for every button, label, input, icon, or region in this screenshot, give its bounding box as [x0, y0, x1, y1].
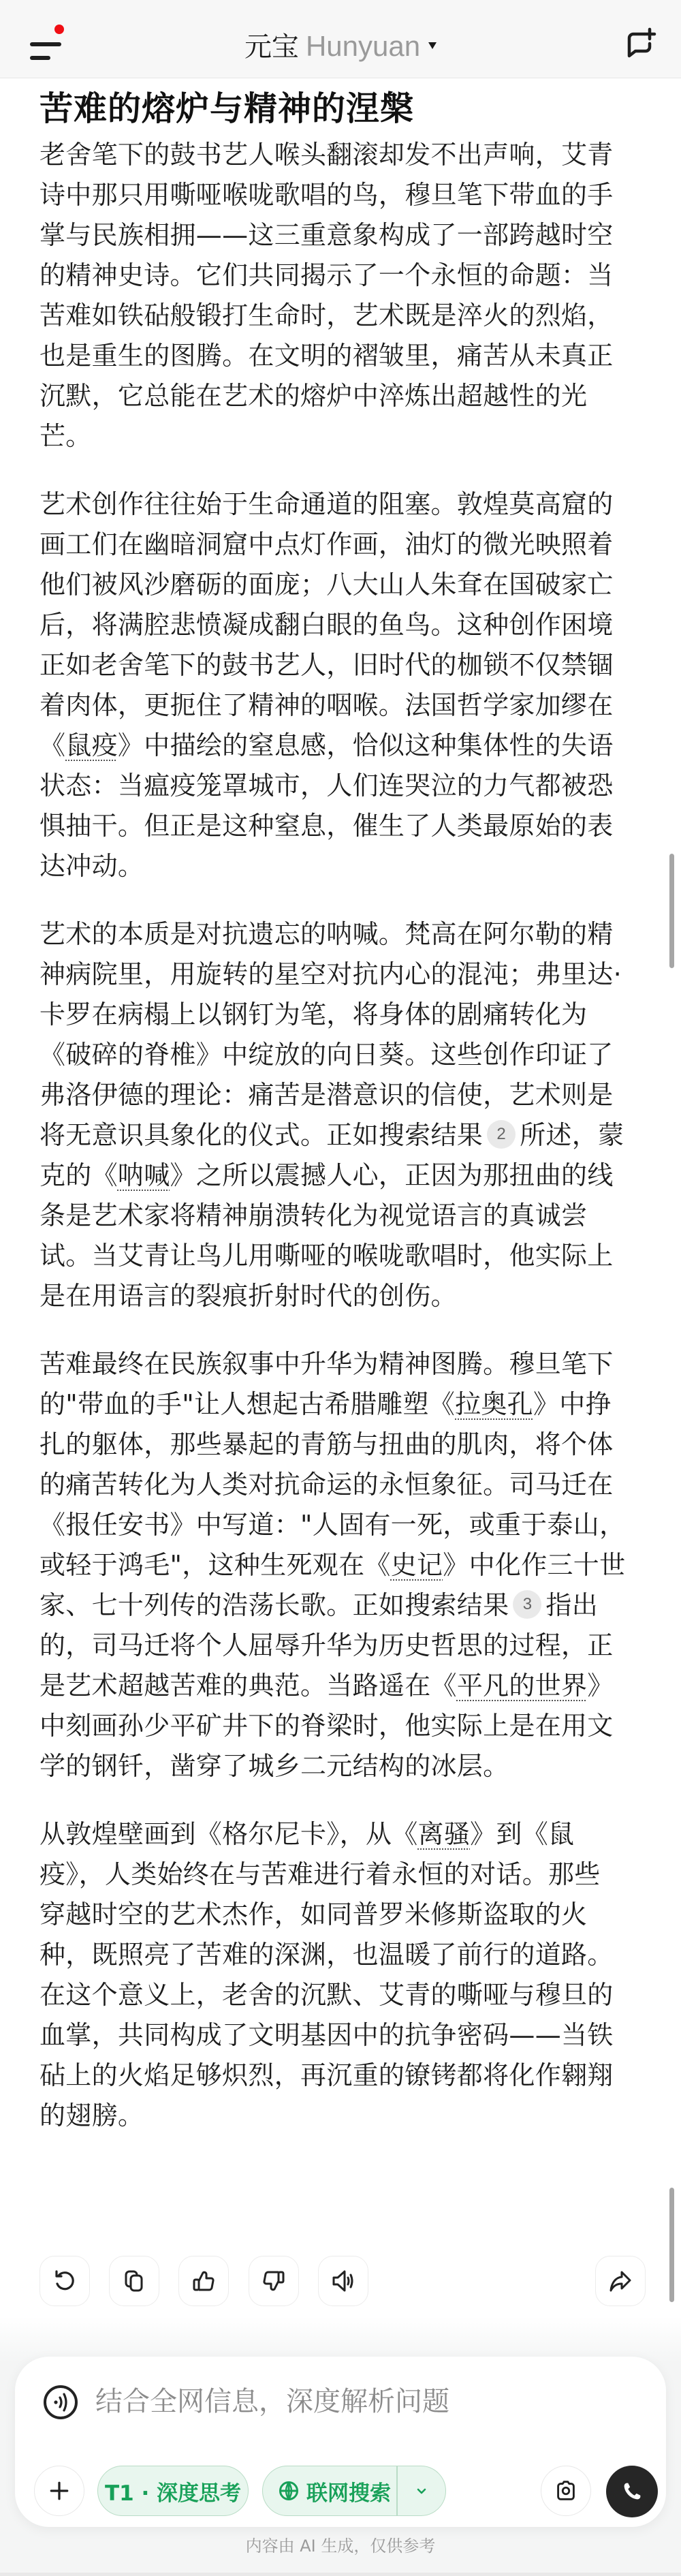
text-segment: 或轻于鸿毛"，这种生死观在《	[39, 1550, 391, 1580]
text-line: 艺术的本质是对抗遗忘的呐喊。梵高在阿尔勒的精	[39, 914, 646, 955]
text-segment: 《破碎的脊椎》中绽放的向日葵。这些创作印证了	[39, 1040, 614, 1070]
text-segment: 芒。	[39, 421, 92, 451]
text-segment: 砧上的火焰足够炽烈，再沉重的镣铐都将化作翱翔	[39, 2060, 614, 2090]
text-line: 也是重生的图腾。在文明的褶皱里，痛苦从未真正	[39, 336, 646, 376]
message-actions	[0, 2256, 681, 2308]
text-line: 将无意识具象化的仪式。正如搜索结果2所述，蒙	[39, 1115, 646, 1155]
text-segment: 》中描绘的窒息感，恰似这种集体性的失语	[118, 730, 614, 760]
text-segment: 老舍笔下的鼓书艺人喉头翻滚却发不出声响，艾青	[39, 140, 614, 170]
camera-button[interactable]	[541, 2466, 591, 2516]
text-segment: 学的钢钎，凿穿了城乡二元结构的冰层。	[39, 1751, 509, 1781]
text-segment: 家、七十列传的浩荡长歌。正如搜索结果	[39, 1590, 509, 1620]
copy-icon	[121, 2267, 148, 2295]
copy-button[interactable]	[109, 2256, 159, 2306]
text-segment: 中刻画孙少平矿井下的脊梁时，他实际上是在用文	[39, 1711, 614, 1741]
text-segment: 克的《	[39, 1160, 118, 1190]
text-segment: 的，司马迁将个人屈辱升华为历史哲思的过程，正	[39, 1630, 614, 1660]
new-chat-icon	[624, 27, 659, 63]
text-line: 艺术创作往往始于生命通道的阻塞。敦煌莫高窟的	[39, 484, 646, 525]
text-segment: 弗洛伊德的理论：痛苦是潜意识的信使，艺术则是	[39, 1080, 614, 1110]
text-line: 家、七十列传的浩荡长歌。正如搜索结果3指出	[39, 1585, 646, 1626]
web-search-dropdown[interactable]	[398, 2466, 445, 2515]
share-button[interactable]	[595, 2256, 646, 2306]
web-search-label: 联网搜索	[306, 2476, 391, 2507]
text-line: 掌与民族相拥——这三重意象构成了一部跨越时空	[39, 215, 646, 255]
text-line: 他们被风沙磨砺的面庞；八大山人朱耷在国破家亡	[39, 565, 646, 605]
text-line: 在这个意义上，老舍的沉默、艾青的嘶哑与穆旦的	[39, 1975, 646, 2015]
paragraph: 艺术创作往往始于生命通道的阻塞。敦煌莫高窟的画工们在幽暗洞窟中点灯作画，油灯的微…	[39, 484, 646, 886]
citation-badge[interactable]: 2	[487, 1120, 516, 1149]
message-input[interactable]	[95, 2381, 627, 2422]
text-line: 中刻画孙少平矿井下的脊梁时，他实际上是在用文	[39, 1706, 646, 1746]
text-segment: 正如老舍笔下的鼓书艺人，旧时代的枷锁不仅禁锢	[39, 650, 614, 680]
text-line: 着肉体，更扼住了精神的咽喉。法国哲学家加缪在	[39, 685, 646, 726]
text-line: 克的《呐喊》之所以震撼人心，正因为那扭曲的线	[39, 1155, 646, 1196]
text-line: 的，司马迁将个人屈辱升华为历史哲思的过程，正	[39, 1626, 646, 1666]
text-line: 条是艺术家将精神崩溃转化为视觉语言的真诚尝	[39, 1196, 646, 1236]
work-reference-link[interactable]: 呐喊	[118, 1160, 170, 1190]
text-segment: 条是艺术家将精神崩溃转化为视觉语言的真诚尝	[39, 1200, 587, 1230]
text-line: 芒。	[39, 416, 646, 456]
text-line: 的精神史诗。它们共同揭示了一个永恒的命题：当	[39, 255, 646, 296]
text-line: 学的钢钎，凿穿了城乡二元结构的冰层。	[39, 1746, 646, 1786]
text-line: 是在用语言的裂痕折射时代的创伤。	[39, 1276, 646, 1316]
text-line: 弗洛伊德的理论：痛苦是潜意识的信使，艺术则是	[39, 1075, 646, 1115]
like-button[interactable]	[178, 2256, 229, 2306]
text-segment: 是艺术超越苦难的典范。当路遥在《	[39, 1671, 457, 1701]
text-segment: 的翅膀。	[39, 2100, 144, 2130]
globe-icon	[278, 2480, 300, 2502]
text-segment: 苦难最终在民族叙事中升华为精神图腾。穆旦笔下	[39, 1349, 614, 1379]
text-segment: 疫》，人类始终在与苦难进行着永恒的对话。那些	[39, 1859, 601, 1889]
text-segment: 状态：当瘟疫笼罩城市，人们连哭泣的力气都被恐	[39, 771, 614, 801]
text-segment: 》到《鼠	[470, 1819, 574, 1849]
text-line: 《报任安书》中写道："人固有一死，或重于泰山，	[39, 1505, 646, 1545]
voice-wave-icon	[42, 2384, 79, 2421]
text-segment: 也是重生的图腾。在文明的褶皱里，痛苦从未真正	[39, 341, 614, 371]
paragraph: 苦难最终在民族叙事中升华为精神图腾。穆旦笔下的"带血的手"让人想起古希腊雕塑《拉…	[39, 1344, 646, 1786]
app-name: 元宝	[244, 31, 299, 63]
voice-call-button[interactable]	[606, 2466, 658, 2517]
camera-icon	[553, 2478, 579, 2504]
text-segment: 苦难如铁砧般锻打生命时，艺术既是淬火的烈焰，	[39, 300, 614, 330]
text-segment: 所述，蒙	[520, 1120, 624, 1150]
paragraph: 艺术的本质是对抗遗忘的呐喊。梵高在阿尔勒的精神病院里，用旋转的星空对抗内心的混沌…	[39, 914, 646, 1316]
scrollbar-thumb[interactable]	[669, 854, 674, 968]
dislike-button[interactable]	[249, 2256, 299, 2306]
phone-icon	[619, 2479, 645, 2504]
citation-badge[interactable]: 3	[513, 1590, 541, 1619]
composer: T1 · 深度思考 联网搜索	[15, 2357, 666, 2527]
text-segment: 穿越时空的艺术杰作，如同普罗米修斯盗取的火	[39, 1899, 587, 1929]
regenerate-button[interactable]	[39, 2256, 90, 2306]
text-segment: 《	[39, 730, 65, 760]
thumbs-down-icon	[260, 2267, 287, 2295]
text-line: 《鼠疫》中描绘的窒息感，恰似这种集体性的失语	[39, 726, 646, 766]
text-line: 卡罗在病榻上以钢钉为笔，将身体的剧痛转化为	[39, 995, 646, 1035]
text-segment: 是在用语言的裂痕折射时代的创伤。	[39, 1281, 457, 1311]
text-segment: 他们被风沙磨砺的面庞；八大山人朱耷在国破家亡	[39, 570, 614, 600]
model-name: Hunyuan	[306, 30, 420, 62]
text-segment: 将无意识具象化的仪式。正如搜索结果	[39, 1120, 483, 1150]
text-segment: 的精神史诗。它们共同揭示了一个永恒的命题：当	[39, 260, 614, 290]
deep-think-label: T1 · 深度思考	[105, 2476, 241, 2507]
bottom-edge	[0, 2573, 681, 2576]
text-segment: 惧抽干。但正是这种窒息，催生了人类最原始的表	[39, 811, 614, 841]
text-line: 惧抽干。但正是这种窒息，催生了人类最原始的表	[39, 806, 646, 846]
text-segment: 后，将满腔悲愤凝成翻白眼的鱼鸟。这种创作困境	[39, 610, 614, 640]
text-segment: 扎的躯体，那些暴起的青筋与扭曲的肌肉，将个体	[39, 1429, 614, 1459]
read-aloud-button[interactable]	[318, 2256, 368, 2306]
text-line: 状态：当瘟疫笼罩城市，人们连哭泣的力气都被恐	[39, 766, 646, 806]
text-segment: 神病院里，用旋转的星空对抗内心的混沌；弗里达·	[39, 959, 622, 989]
work-reference-link[interactable]: 平凡的世界	[457, 1671, 588, 1701]
text-line: 苦难如铁砧般锻打生命时，艺术既是淬火的烈焰，	[39, 296, 646, 336]
text-line: 沉默，它总能在艺术的熔炉中淬炼出超越性的光	[39, 376, 646, 416]
text-segment: 的"带血的手"让人想起古希腊雕塑《	[39, 1389, 455, 1419]
text-segment: 着肉体，更扼住了精神的咽喉。法国哲学家加缪在	[39, 690, 614, 720]
work-reference-link[interactable]: 拉奥孔	[455, 1389, 533, 1419]
thumbs-up-icon	[190, 2267, 217, 2295]
text-segment: 达冲动。	[39, 851, 144, 881]
text-line: 神病院里，用旋转的星空对抗内心的混沌；弗里达·	[39, 955, 646, 995]
text-line: 或轻于鸿毛"，这种生死观在《史记》中化作三十世	[39, 1545, 646, 1585]
text-segment: 》中化作三十世	[443, 1550, 625, 1580]
article-body: 老舍笔下的鼓书艺人喉头翻滚却发不出声响，艾青诗中那只用嘶哑喉咙歌唱的鸟，穆旦笔下…	[39, 135, 646, 2136]
text-segment: 从敦煌壁画到《格尔尼卡》，从《	[39, 1819, 418, 1849]
text-line: 《破碎的脊椎》中绽放的向日葵。这些创作印证了	[39, 1035, 646, 1075]
attach-button[interactable]	[34, 2466, 84, 2516]
text-line: 后，将满腔悲愤凝成翻白眼的鱼鸟。这种创作困境	[39, 605, 646, 645]
text-segment: 在这个意义上，老舍的沉默、艾青的嘶哑与穆旦的	[39, 1980, 614, 2010]
text-segment: 艺术的本质是对抗遗忘的呐喊。梵高在阿尔勒的精	[39, 919, 614, 949]
text-line: 从敦煌壁画到《格尔尼卡》，从《离骚》到《鼠	[39, 1814, 646, 1855]
share-icon	[607, 2267, 634, 2295]
text-segment: 卡罗在病榻上以钢钉为笔，将身体的剧痛转化为	[39, 999, 587, 1029]
model-selector[interactable]: 元宝Hunyuan	[0, 27, 681, 66]
ai-disclaimer: 内容由 AI 生成，仅供参考	[0, 2536, 681, 2556]
text-line: 达冲动。	[39, 846, 646, 886]
text-segment: 指出	[545, 1590, 598, 1620]
text-segment: 血掌，共同构成了文明基因中的抗争密码——当铁	[39, 2020, 614, 2050]
text-segment: 《报任安书》中写道："人固有一死，或重于泰山，	[39, 1510, 625, 1540]
paragraph: 从敦煌壁画到《格尔尼卡》，从《离骚》到《鼠疫》，人类始终在与苦难进行着永恒的对话…	[39, 1814, 646, 2136]
text-line: 的痛苦转化为人类对抗命运的永恒象征。司马迁在	[39, 1465, 646, 1505]
voice-input-button[interactable]	[42, 2384, 79, 2421]
new-chat-button[interactable]	[624, 27, 659, 63]
text-line: 画工们在幽暗洞窟中点灯作画，油灯的微光映照着	[39, 525, 646, 565]
text-line: 试。当艾青让鸟儿用嘶哑的喉咙歌唱时，他实际上	[39, 1236, 646, 1276]
text-line: 血掌，共同构成了文明基因中的抗争密码——当铁	[39, 2015, 646, 2055]
top-app-bar: 元宝Hunyuan	[0, 0, 681, 78]
assistant-message: 苦难的熔炉与精神的涅槃 老舍笔下的鼓书艺人喉头翻滚却发不出声响，艾青诗中那只用嘶…	[39, 83, 646, 2136]
text-line: 正如老舍笔下的鼓书艺人，旧时代的枷锁不仅禁锢	[39, 645, 646, 685]
text-segment: 沉默，它总能在艺术的熔炉中淬炼出超越性的光	[39, 381, 587, 411]
text-segment: 》中挣	[533, 1389, 612, 1419]
paragraph: 老舍笔下的鼓书艺人喉头翻滚却发不出声响，艾青诗中那只用嘶哑喉咙歌唱的鸟，穆旦笔下…	[39, 135, 646, 456]
text-line: 疫》，人类始终在与苦难进行着永恒的对话。那些	[39, 1855, 646, 1895]
deep-think-toggle[interactable]: T1 · 深度思考	[97, 2466, 249, 2516]
text-line: 是艺术超越苦难的典范。当路遥在《平凡的世界》	[39, 1666, 646, 1706]
text-line: 砧上的火焰足够炽烈，再沉重的镣铐都将化作翱翔	[39, 2055, 646, 2096]
text-line: 诗中那只用嘶哑喉咙歌唱的鸟，穆旦笔下带血的手	[39, 175, 646, 215]
text-segment: 画工们在幽暗洞窟中点灯作画，油灯的微光映照着	[39, 529, 614, 559]
text-line: 老舍笔下的鼓书艺人喉头翻滚却发不出声响，艾青	[39, 135, 646, 175]
text-segment: 诗中那只用嘶哑喉咙歌唱的鸟，穆旦笔下带血的手	[39, 180, 614, 210]
text-line: 穿越时空的艺术杰作，如同普罗米修斯盗取的火	[39, 1895, 646, 1935]
caret-down-icon	[428, 42, 437, 49]
text-segment: 试。当艾青让鸟儿用嘶哑的喉咙歌唱时，他实际上	[39, 1241, 614, 1271]
text-line: 苦难最终在民族叙事中升华为精神图腾。穆旦笔下	[39, 1344, 646, 1384]
work-reference-link[interactable]: 离骚	[418, 1819, 471, 1849]
work-reference-link[interactable]: 史记	[391, 1550, 443, 1580]
work-reference-link[interactable]: 鼠疫	[65, 730, 118, 760]
text-line: 扎的躯体，那些暴起的青筋与扭曲的肌肉，将个体	[39, 1425, 646, 1465]
text-line: 的"带血的手"让人想起古希腊雕塑《拉奥孔》中挣	[39, 1384, 646, 1425]
text-segment: 》	[587, 1671, 613, 1701]
web-search-toggle[interactable]: 联网搜索	[262, 2466, 446, 2516]
text-line: 种，既照亮了苦难的深渊，也温暖了前行的道路。	[39, 1935, 646, 1975]
text-segment: 掌与民族相拥——这三重意象构成了一部跨越时空	[39, 220, 614, 250]
article-title: 苦难的熔炉与精神的涅槃	[39, 83, 646, 135]
text-segment: 艺术创作往往始于生命通道的阻塞。敦煌莫高窟的	[39, 489, 614, 519]
chevron-down-icon	[415, 2484, 428, 2498]
speaker-icon	[330, 2267, 357, 2295]
text-segment: 种，既照亮了苦难的深渊，也温暖了前行的道路。	[39, 1940, 614, 1970]
text-segment: 》之所以震撼人心，正因为那扭曲的线	[170, 1160, 614, 1190]
refresh-icon	[51, 2267, 78, 2295]
plus-icon	[47, 2479, 72, 2503]
text-segment: 的痛苦转化为人类对抗命运的永恒象征。司马迁在	[39, 1470, 614, 1500]
text-line: 的翅膀。	[39, 2096, 646, 2136]
